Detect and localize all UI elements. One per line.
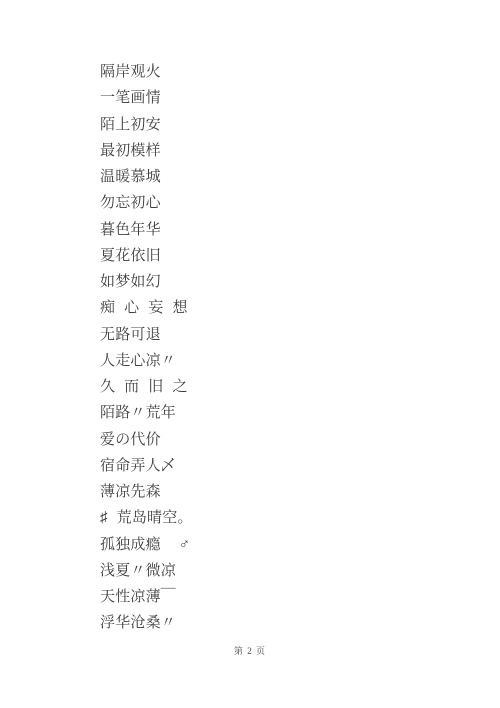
- list-item: 一笔画情: [100, 85, 193, 111]
- list-item: 隔岸观火: [100, 59, 193, 85]
- list-item: ♯ 荒岛晴空。: [100, 505, 193, 531]
- list-item: 如梦如幻: [100, 269, 193, 295]
- list-item: 夏花依旧: [100, 243, 193, 269]
- list-item: 痴 心 妄 想: [100, 295, 193, 321]
- list-item: 宿命弄人乄: [100, 453, 193, 479]
- list-item: 温暖慕城: [100, 164, 193, 190]
- list-item: 勿忘初心: [100, 190, 193, 216]
- page-number: 第 2 页: [0, 645, 500, 658]
- list-item: 久 而 旧 之: [100, 374, 193, 400]
- list-item: 陌上初安: [100, 112, 193, 138]
- list-item: 浮华沧桑〃: [100, 610, 193, 636]
- list-item: 人走心凉〃: [100, 348, 193, 374]
- document-page: 隔岸观火 一笔画情 陌上初安 最初模样 温暖慕城 勿忘初心 暮色年华 夏花依旧 …: [0, 0, 500, 708]
- list-item: 陌路〃荒年: [100, 400, 193, 426]
- list-item: 爱の代价: [100, 427, 193, 453]
- name-list: 隔岸观火 一笔画情 陌上初安 最初模样 温暖慕城 勿忘初心 暮色年华 夏花依旧 …: [100, 59, 193, 637]
- list-item: 无路可退: [100, 322, 193, 348]
- list-item: 孤独成瘾 ♂: [100, 532, 193, 558]
- list-item: 暮色年华: [100, 217, 193, 243]
- list-item: 天性凉薄￣: [100, 584, 193, 610]
- list-item: 最初模样: [100, 138, 193, 164]
- list-item: 浅夏〃微凉: [100, 558, 193, 584]
- list-item: 薄凉先森: [100, 479, 193, 505]
